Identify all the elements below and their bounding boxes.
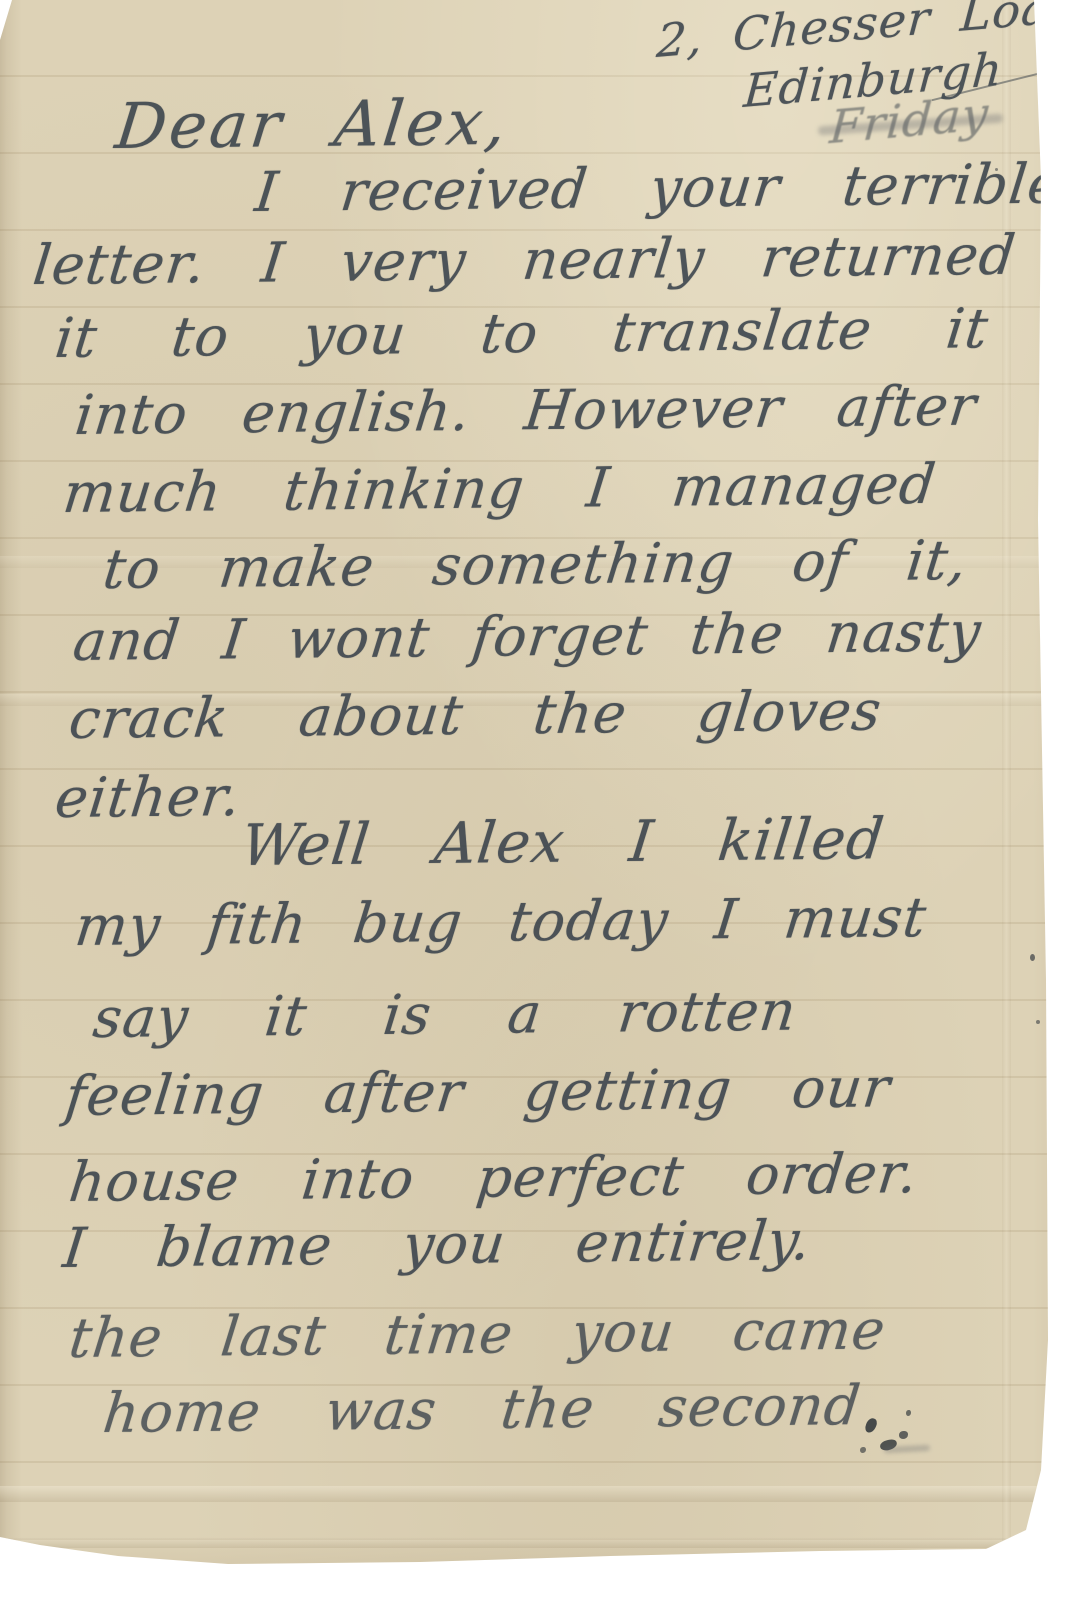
salutation: Dear Alex, (112, 86, 513, 163)
paper-speck (1036, 1020, 1040, 1024)
handwriting-line: house into perfect order. (66, 1141, 921, 1214)
handwriting-line: either. (52, 764, 244, 830)
handwriting-line: into english. However after (72, 374, 980, 447)
handwriting-line: to make something of it, (100, 528, 971, 601)
paper-speck (995, 168, 998, 171)
handwriting-line: Well Alex I killed (238, 806, 888, 879)
handwriting-line: my fith bug today I must (72, 885, 930, 958)
handwriting-line: feeling after getting our (62, 1055, 894, 1128)
handwriting-line: letter. I very nearly returned (30, 223, 1019, 297)
scanned-letter: 2, Chesser Loan Edinburgh 11 Friday Dear… (0, 0, 1081, 1600)
handwriting-line: much thinking I managed (60, 452, 939, 525)
handwriting-line: home was the second (100, 1373, 864, 1445)
handwriting-line: say it is a rotten (90, 979, 800, 1050)
handwriting-line: and I wont forget the nasty (70, 600, 985, 673)
handwriting-line: the last time you came (66, 1297, 889, 1370)
fold-crease (0, 1538, 1081, 1548)
paper-speck (1030, 954, 1035, 961)
handwriting-line: I received your terrible (252, 152, 1065, 224)
handwriting-line: I blame you entirely. (60, 1208, 815, 1280)
letter-paper: 2, Chesser Loan Edinburgh 11 Friday Dear… (0, 0, 1081, 1600)
handwriting-line: crack about the gloves (66, 679, 885, 751)
handwriting-line: it to you to translate it (52, 296, 992, 370)
fold-crease (0, 1486, 1081, 1502)
